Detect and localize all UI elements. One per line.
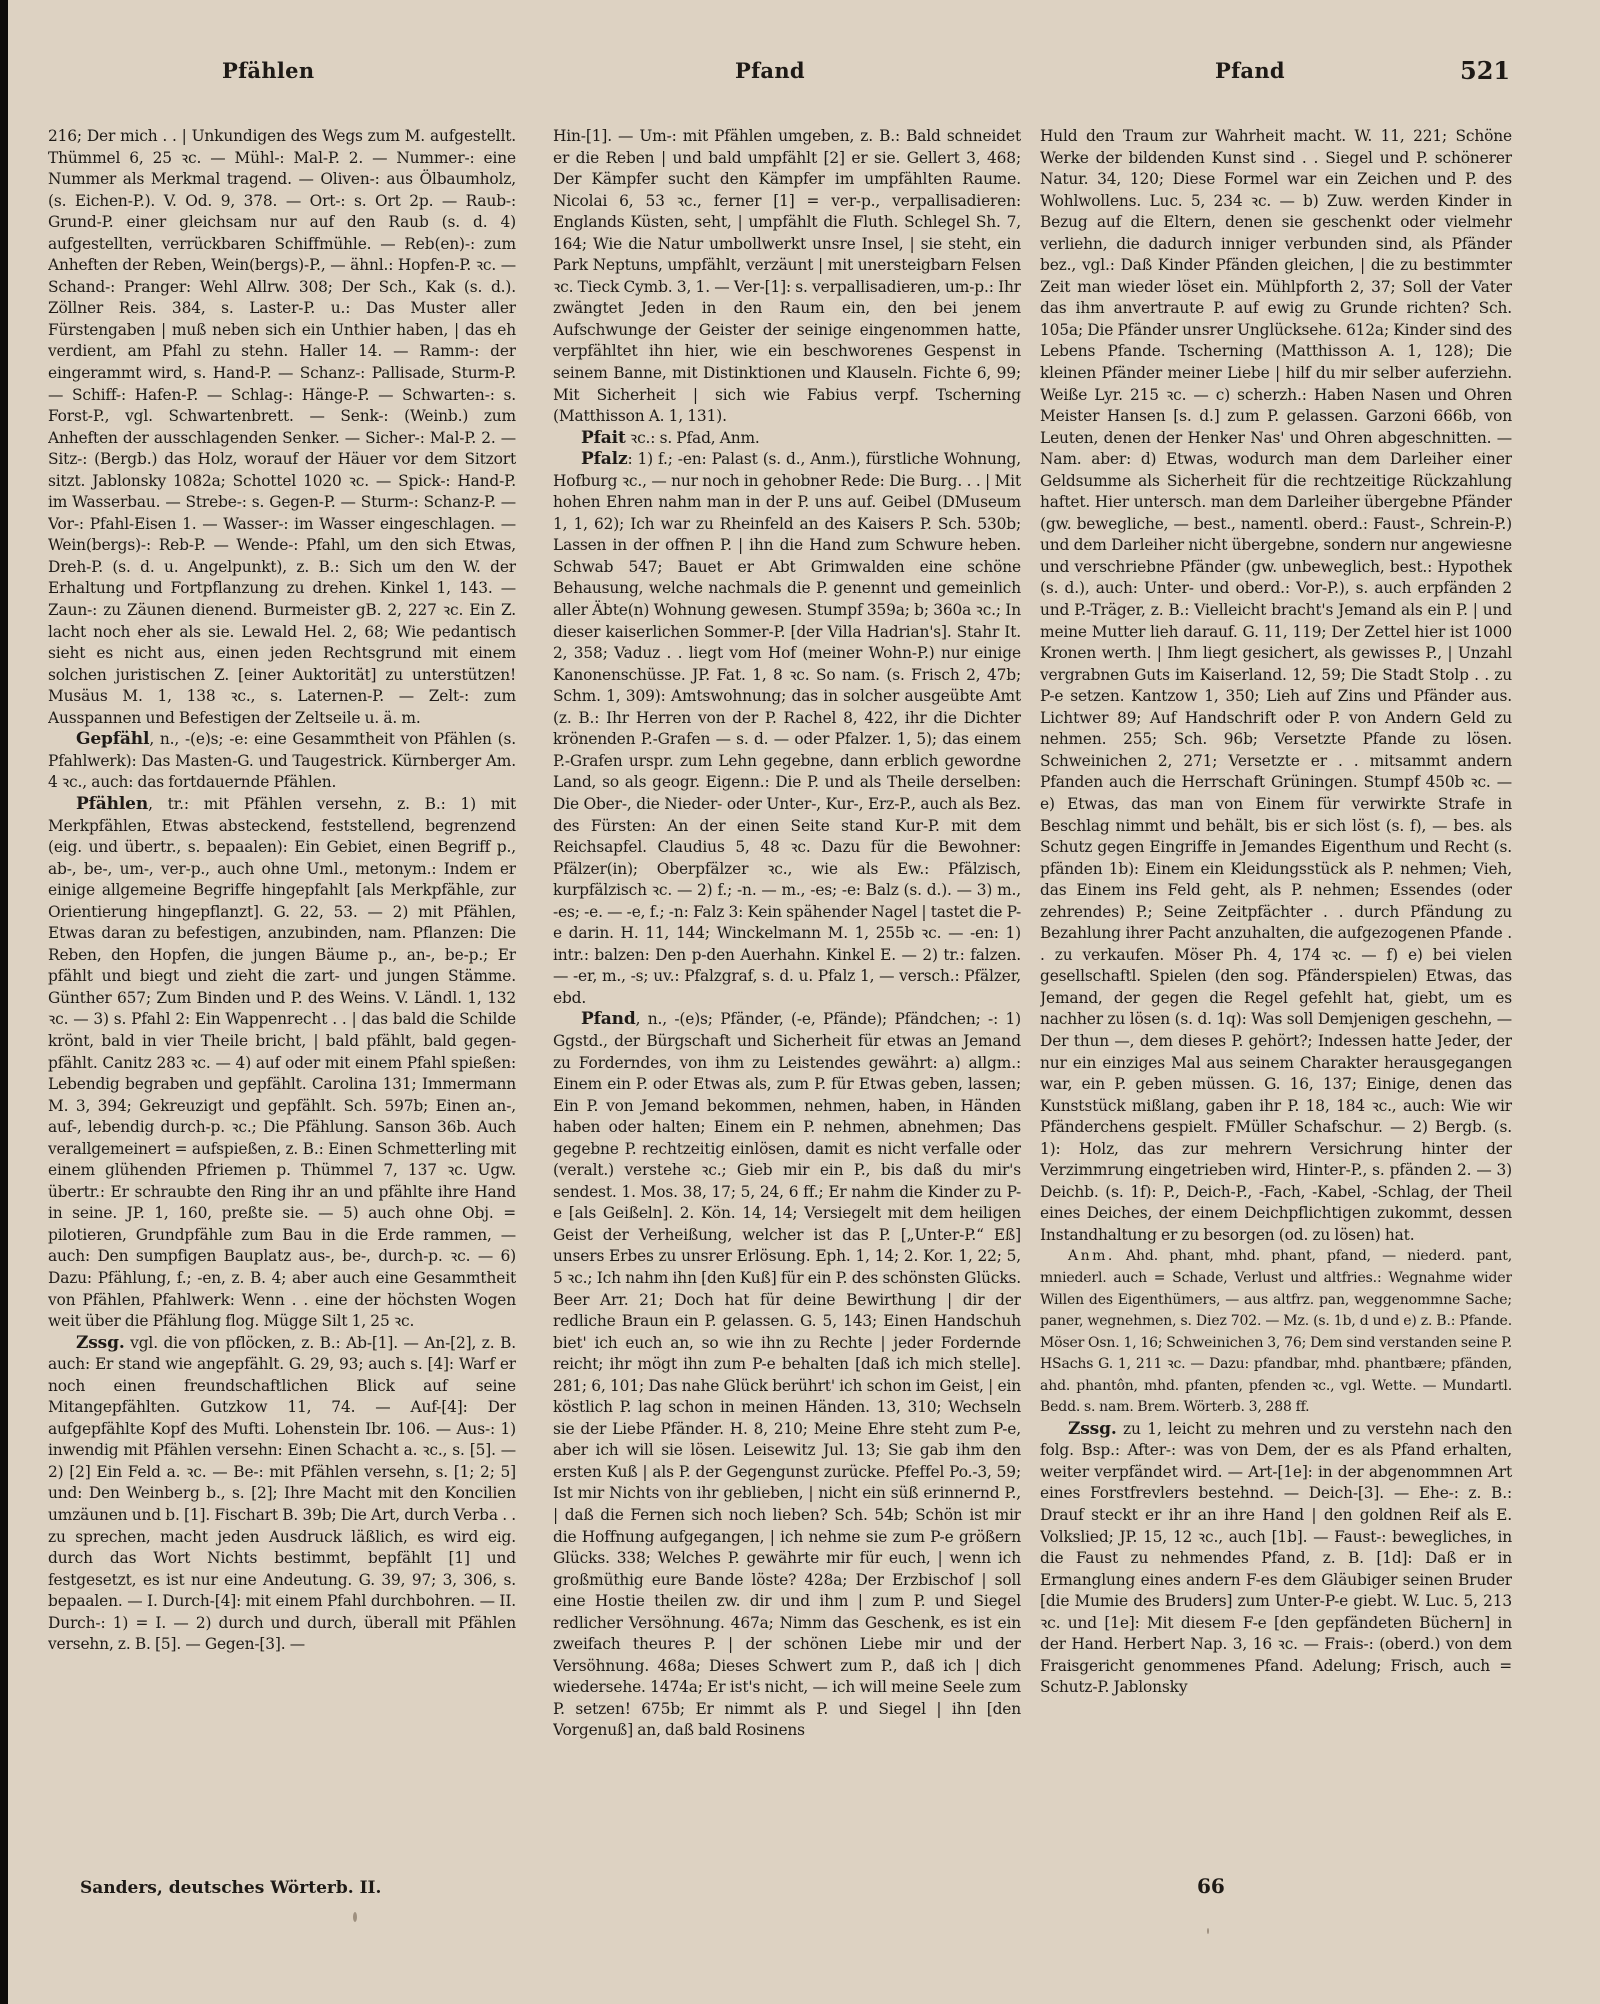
entry-body: , tr.: mit Pfählen versehn, z. B.: 1) mi…	[48, 795, 516, 1330]
dictionary-entry: Zssg. vgl. die von pflöcken, z. B.: Ab-[…	[48, 1333, 516, 1656]
entry-headword: Pfalz	[581, 449, 627, 469]
entry-body: vgl. die von pflöcken, z. B.: Ab-[1]. — …	[48, 1334, 516, 1654]
dictionary-entry: Zssg. zu 1, leicht zu mehren und zu vers…	[1040, 1419, 1512, 1699]
page-binding-shadow	[0, 0, 8, 2004]
dictionary-entry: Pfand, n., -(e)s; Pfänder, (-e, Pfände);…	[553, 1009, 1021, 1742]
text-column-3: Huld den Traum zur Wahrheit macht. W. 11…	[1040, 126, 1512, 1846]
running-head-left: Pfählen	[222, 58, 314, 83]
entry-headword: Gepfähl	[76, 729, 149, 749]
footer-book-title: Sanders, deutsches Wörterb. II.	[80, 1878, 381, 1898]
continued-text: 216; Der mich . . | Unkundigen des Wegs …	[48, 126, 516, 729]
annotation-label: Anm.	[1068, 1248, 1115, 1264]
text-column-1: 216; Der mich . . | Unkundigen des Wegs …	[48, 126, 516, 1846]
annotation-body: Ahd. phant, mhd. phant, pfand, — niederd…	[1040, 1248, 1512, 1415]
page-number: 521	[1460, 56, 1510, 85]
entry-body: , n., -(e)s; Pfänder, (-e, Pfände); Pfän…	[553, 1010, 1021, 1739]
entry-body: ꝛc.: s. Pfad, Anm.	[626, 429, 760, 447]
paper-speck	[1207, 1928, 1209, 1934]
dictionary-entry: Gepfähl, n., -(e)s; -e: eine Gesammtheit…	[48, 729, 516, 794]
entry-headword: Pfand	[581, 1009, 636, 1029]
continued-text: Hin-[1]. — Um-: mit Pfählen umgeben, z. …	[553, 126, 1021, 428]
running-head-center: Pfand	[735, 58, 805, 83]
entry-headword: Zssg.	[1068, 1419, 1117, 1439]
entry-headword: Pfählen	[76, 794, 148, 814]
paper-speck	[353, 1912, 357, 1922]
entry-headword: Zssg.	[76, 1333, 125, 1353]
dictionary-entry: Pfait ꝛc.: s. Pfad, Anm.	[553, 428, 1021, 450]
text-column-2: Hin-[1]. — Um-: mit Pfählen umgeben, z. …	[553, 126, 1021, 1846]
annotation-paragraph: Anm. Ahd. phant, mhd. phant, pfand, — ni…	[1040, 1246, 1512, 1418]
continued-text: Huld den Traum zur Wahrheit macht. W. 11…	[1040, 126, 1512, 1246]
dictionary-entry: Pfalz: 1) f.; -en: Palast (s. d., Anm.),…	[553, 449, 1021, 1009]
dictionary-entry: Pfählen, tr.: mit Pfählen versehn, z. B.…	[48, 794, 516, 1333]
entry-body: zu 1, leicht zu mehren und zu verstehn n…	[1040, 1420, 1512, 1697]
footer-signature-mark: 66	[1197, 1874, 1225, 1898]
entry-body: : 1) f.; -en: Palast (s. d., Anm.), fürs…	[553, 450, 1021, 1007]
running-head-right: Pfand	[1215, 58, 1285, 83]
entry-headword: Pfait	[581, 428, 626, 448]
